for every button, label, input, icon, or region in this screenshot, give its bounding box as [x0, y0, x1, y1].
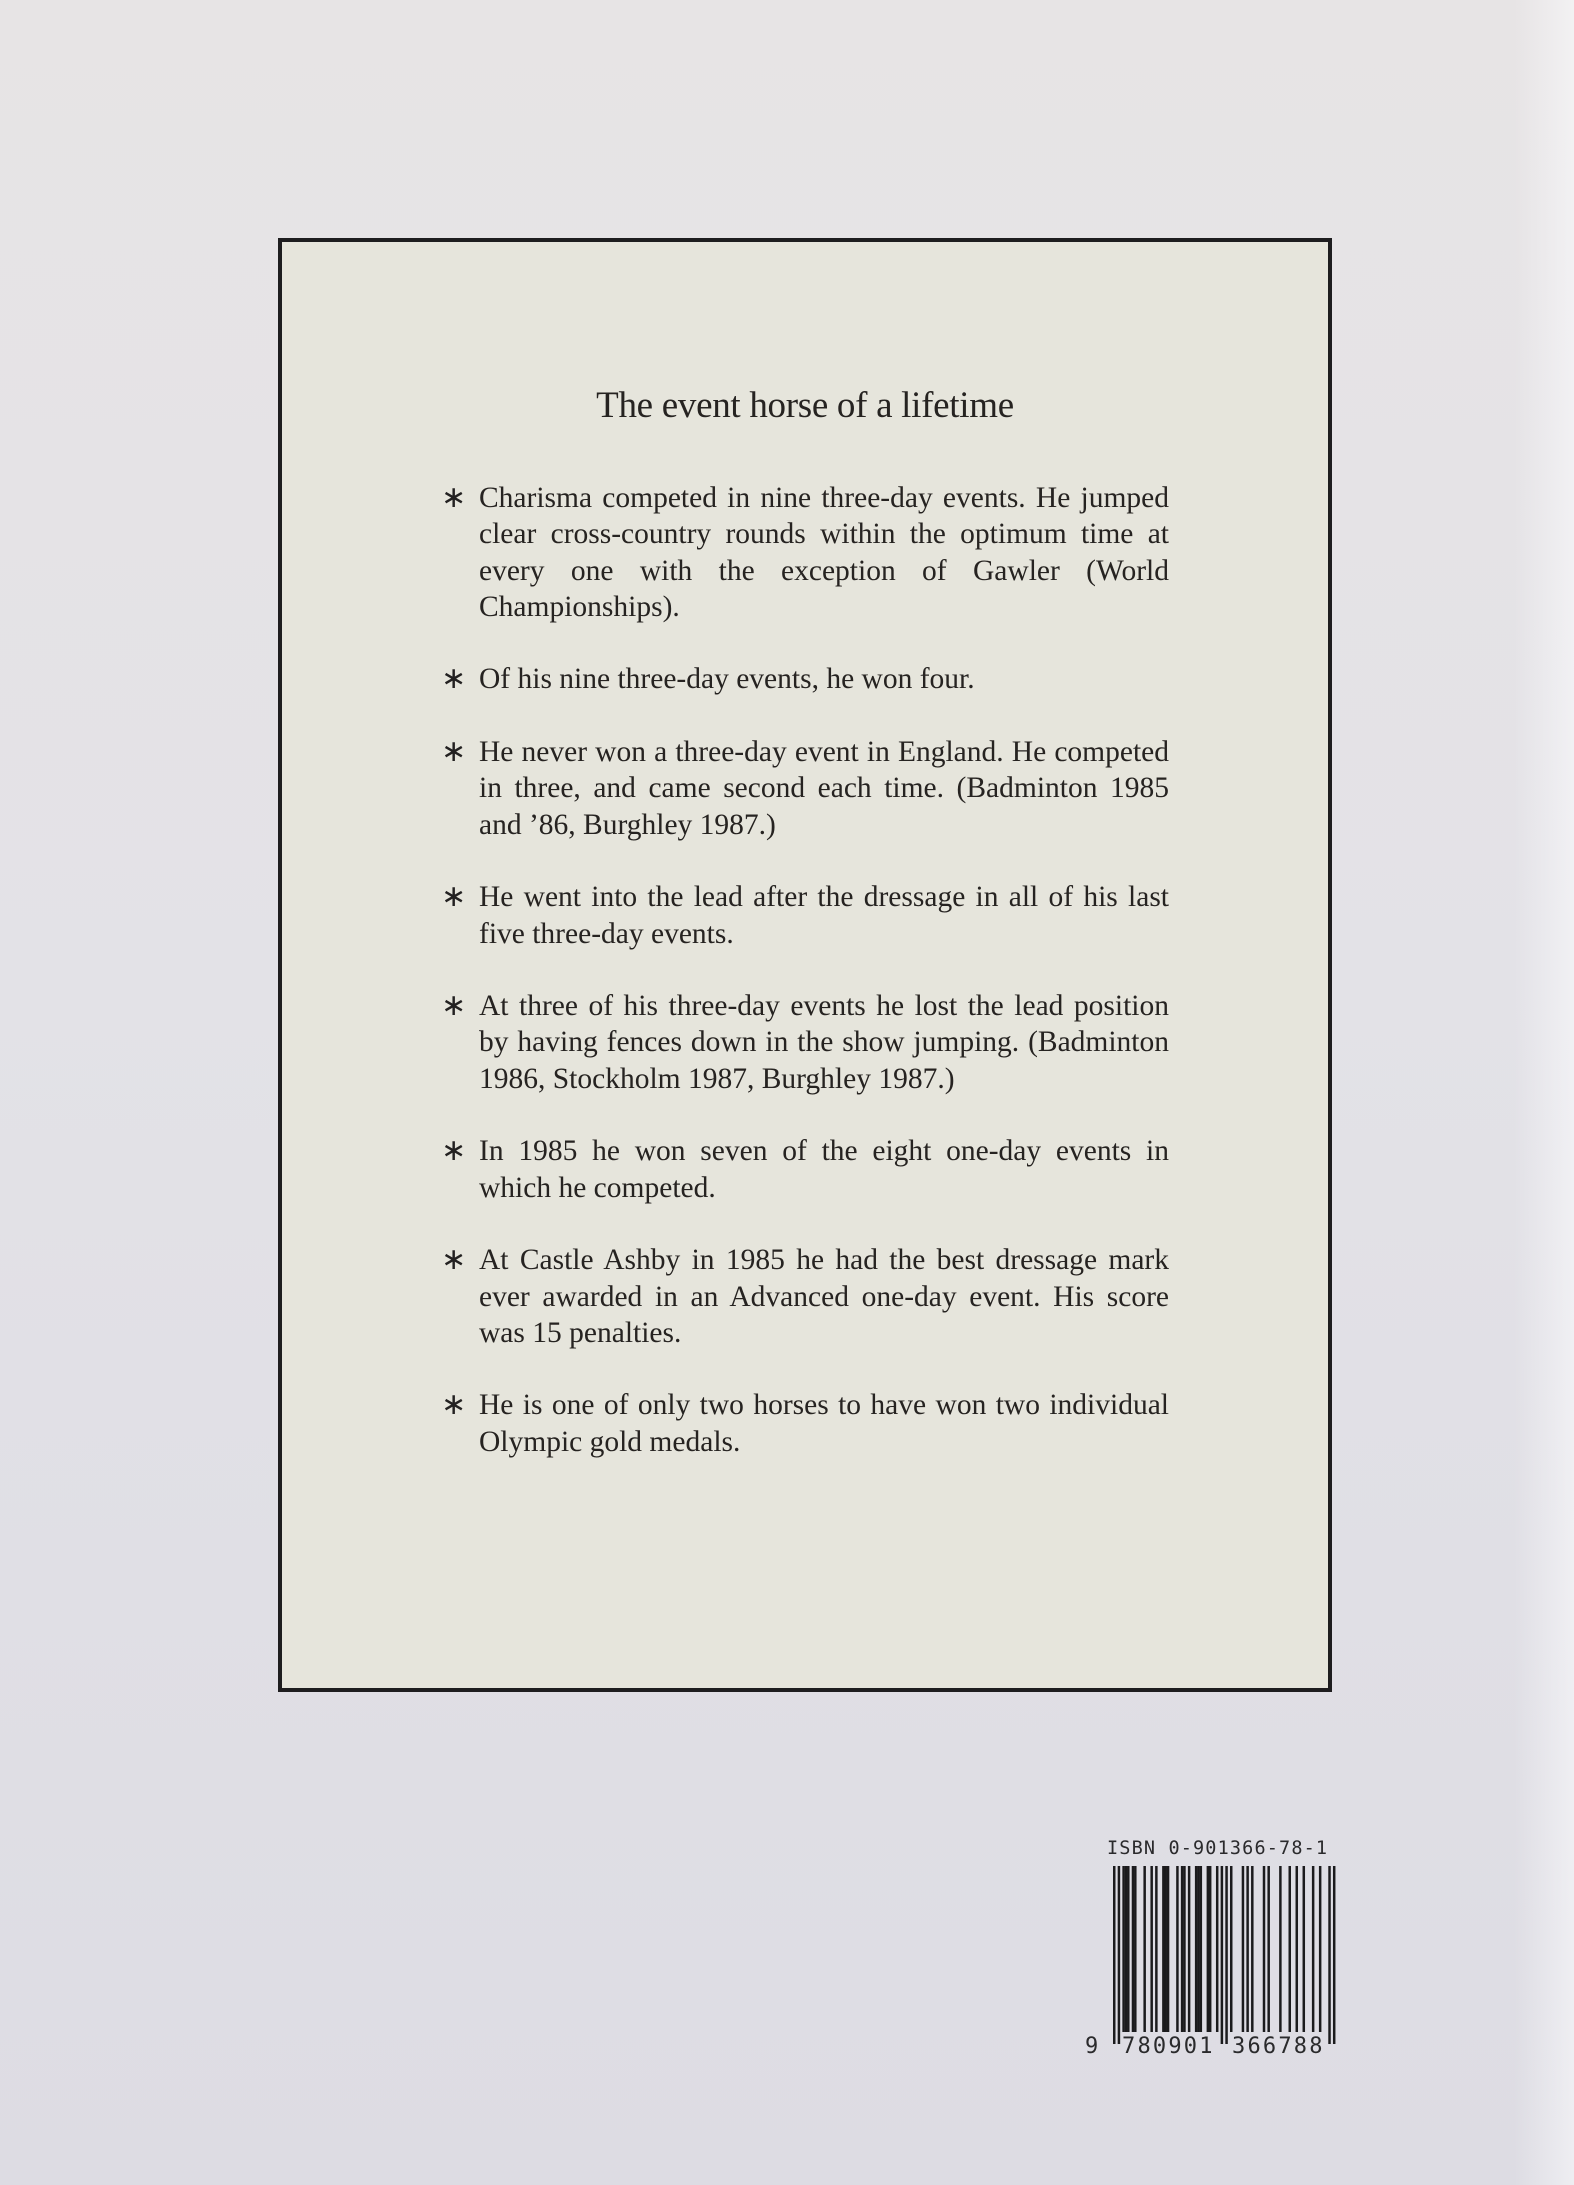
asterisk-bullet-icon: ∗ — [441, 879, 465, 915]
svg-text:780901: 780901 — [1122, 2034, 1215, 2059]
asterisk-bullet-icon: ∗ — [441, 480, 465, 516]
asterisk-bullet-icon: ∗ — [441, 734, 465, 770]
fact-item: ∗At Castle Ashby in 1985 he had the best… — [441, 1242, 1169, 1351]
fact-text: Charisma competed in nine three-day even… — [479, 480, 1169, 625]
facts-box: The event horse of a lifetime ∗Charisma … — [278, 238, 1332, 1692]
fact-text: He is one of only two horses to have won… — [479, 1387, 1169, 1460]
fact-item: ∗He is one of only two horses to have wo… — [441, 1387, 1169, 1460]
fact-text: Of his nine three-day events, he won fou… — [479, 661, 1169, 697]
asterisk-bullet-icon: ∗ — [441, 661, 465, 697]
svg-text:9: 9 — [1085, 2034, 1098, 2059]
fact-item: ∗In 1985 he won seven of the eight one-d… — [441, 1133, 1169, 1206]
isbn-label: ISBN 0-901366-78-1 — [1107, 1838, 1328, 1859]
fact-item: ∗He went into the lead after the dressag… — [441, 879, 1169, 952]
fact-item: ∗Charisma competed in nine three-day eve… — [441, 480, 1169, 625]
asterisk-bullet-icon: ∗ — [441, 1133, 465, 1169]
asterisk-bullet-icon: ∗ — [441, 1387, 465, 1423]
facts-list: ∗Charisma competed in nine three-day eve… — [441, 480, 1169, 1496]
page-sheen — [1514, 0, 1574, 2185]
isbn-barcode: 9780901366788 — [1082, 1864, 1342, 2064]
asterisk-bullet-icon: ∗ — [441, 1242, 465, 1278]
fact-text: At Castle Ashby in 1985 he had the best … — [479, 1242, 1169, 1351]
fact-text: He went into the lead after the dressage… — [479, 879, 1169, 952]
fact-item: ∗Of his nine three-day events, he won fo… — [441, 661, 1169, 697]
fact-text: He never won a three-day event in Englan… — [479, 734, 1169, 843]
fact-item: ∗He never won a three-day event in Engla… — [441, 734, 1169, 843]
box-title: The event horse of a lifetime — [282, 387, 1328, 424]
fact-text: At three of his three-day events he lost… — [479, 988, 1169, 1097]
fact-text: In 1985 he won seven of the eight one-da… — [479, 1133, 1169, 1206]
svg-text:366788: 366788 — [1232, 2034, 1325, 2059]
asterisk-bullet-icon: ∗ — [441, 988, 465, 1024]
fact-item: ∗At three of his three-day events he los… — [441, 988, 1169, 1097]
barcode-graphic: 9780901366788 — [1082, 1864, 1342, 2064]
